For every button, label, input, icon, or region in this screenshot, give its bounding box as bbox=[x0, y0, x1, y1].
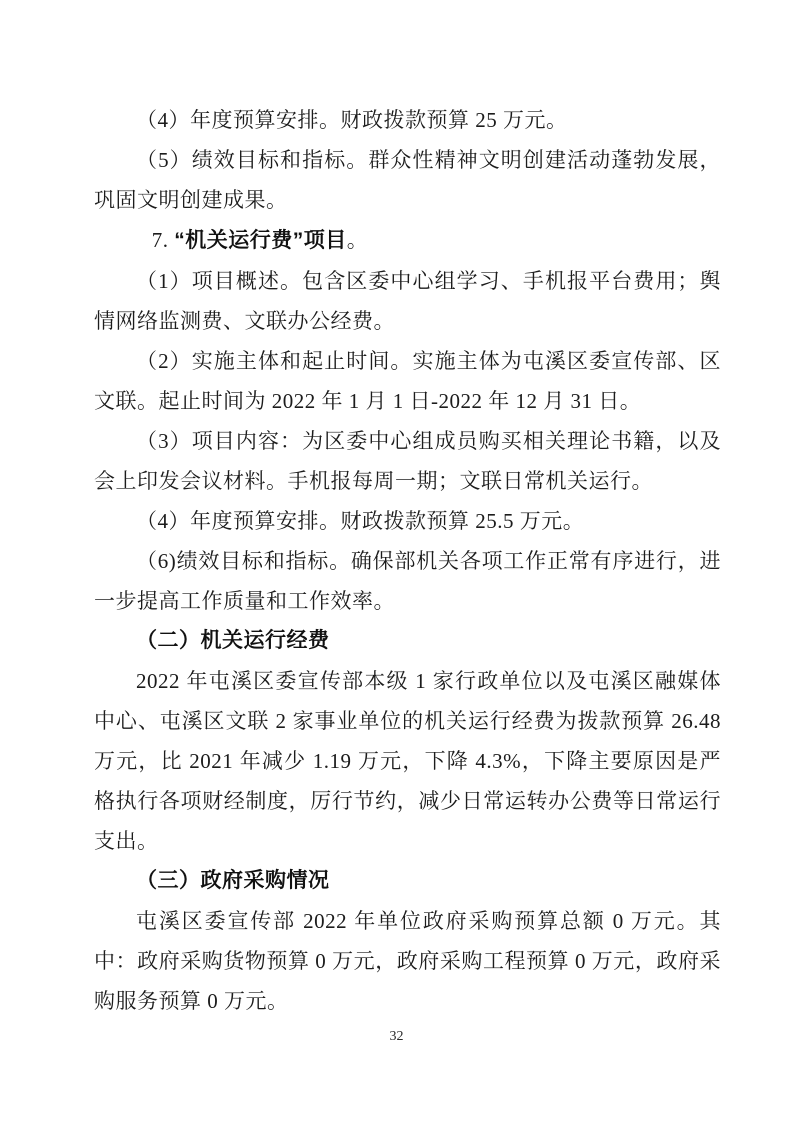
paragraph-performance-targets-6: （6)绩效目标和指标。确保部机关各项工作正常有序进行，进一步提高工作质量和工作效… bbox=[94, 541, 721, 621]
paragraph-implementation-body: （2）实施主体和起止时间。实施主体为屯溪区委宣传部、区文联。起止时间为 2022… bbox=[94, 341, 721, 421]
section-heading-government-procurement: （三）政府采购情况 bbox=[94, 861, 721, 901]
document-content: （4）年度预算安排。财政拨款预算 25 万元。 （5）绩效目标和指标。群众性精神… bbox=[94, 100, 721, 1021]
item-7-heading: 7. “机关运行费”项目。 bbox=[94, 220, 721, 261]
document-page: （4）年度预算安排。财政拨款预算 25 万元。 （5）绩效目标和指标。群众性精神… bbox=[0, 0, 793, 1122]
item-7-number: 7. bbox=[152, 228, 175, 252]
paragraph-project-content: （3）项目内容：为区委中心组成员购买相关理论书籍，以及会上印发会议材料。手机报每… bbox=[94, 421, 721, 501]
paragraph-performance-targets-5: （5）绩效目标和指标。群众性精神文明创建活动蓬勃发展，巩固文明创建成果。 bbox=[94, 140, 721, 220]
paragraph-procurement-detail: 屯溪区委宣传部 2022 年单位政府采购预算总额 0 万元。其中：政府采购货物预… bbox=[94, 901, 721, 1021]
paragraph-budget-25: （4）年度预算安排。财政拨款预算 25 万元。 bbox=[94, 100, 721, 140]
item-7-heading-period: 。 bbox=[347, 228, 369, 252]
page-number: 32 bbox=[0, 1030, 793, 1044]
paragraph-project-overview: （1）项目概述。包含区委中心组学习、手机报平台费用；舆情网络监测费、文联办公经费… bbox=[94, 261, 721, 341]
section-heading-operating-funds: （二）机关运行经费 bbox=[94, 621, 721, 661]
paragraph-budget-25-5: （4）年度预算安排。财政拨款预算 25.5 万元。 bbox=[94, 501, 721, 541]
item-7-heading-bold: “机关运行费”项目 bbox=[174, 229, 347, 252]
paragraph-operating-funds-detail: 2022 年屯溪区委宣传部本级 1 家行政单位以及屯溪区融媒体中心、屯溪区文联 … bbox=[94, 661, 721, 861]
